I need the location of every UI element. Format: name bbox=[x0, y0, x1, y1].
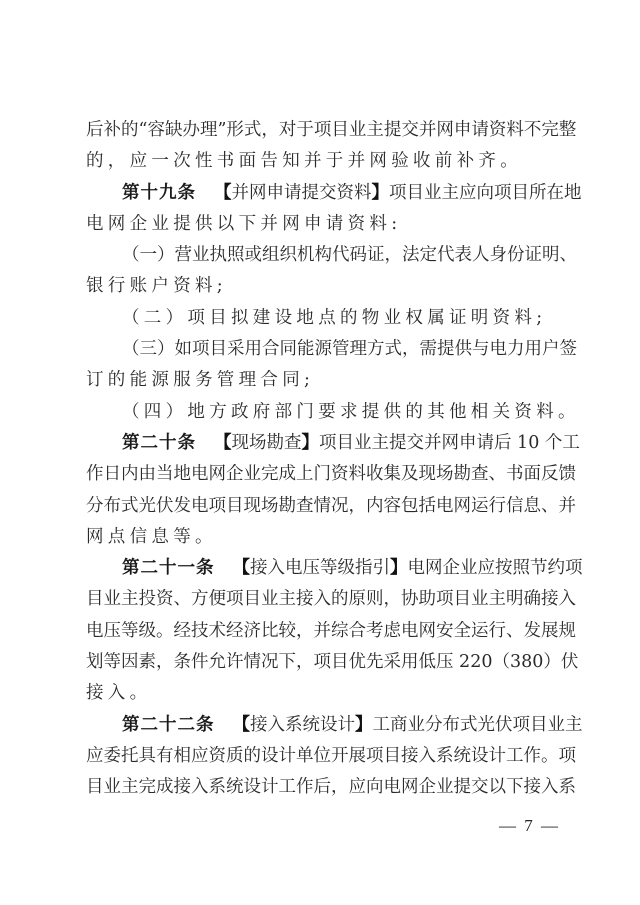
article-19-line: 第十九条【并网申请提交资料】项目业主应向项目所在地 bbox=[86, 178, 558, 209]
bracket-close: 】 bbox=[390, 558, 408, 578]
article-19-title: 第十九条 bbox=[122, 183, 196, 203]
list-item-1: （一）营业执照或组织机构代码证，法定代表人身份证明、 bbox=[86, 240, 558, 271]
text-line: 目业主完成接入系统设计工作后，应向电网企业提交以下接入系 bbox=[86, 772, 558, 803]
article-22-title: 第二十二条 bbox=[122, 715, 215, 735]
document-body: 后补的“容缺办理”形式，对于项目业主提交并网申请资料不完整 的，应一次性书面告知… bbox=[86, 115, 558, 804]
article-19-text: 项目业主应向项目所在地 bbox=[389, 183, 582, 203]
article-20-line: 第二十条【现场勘查】项目业主提交并网申请后 10 个工 bbox=[86, 428, 558, 459]
text-line: 应委托具有相应资质的设计单位开展项目接入系统设计工作。项 bbox=[86, 741, 558, 772]
text-line: 订的能源服务管理合同; bbox=[86, 365, 558, 396]
text-line: 电压等级。经技术经济比较，并综合考虑电网安全运行、发展规 bbox=[86, 616, 558, 647]
article-21-heading: 接入电压等级指引 bbox=[250, 558, 390, 578]
article-21-text: 电网企业应按照节约项 bbox=[408, 558, 583, 578]
text-line: 作日内由当地电网企业完成上门资料收集及现场勘查、书面反馈 bbox=[86, 459, 558, 490]
bracket-open: 【 bbox=[233, 715, 251, 735]
text-line: 目业主投资、方便项目业主接入的原则，协助项目业主明确接入 bbox=[86, 584, 558, 615]
list-item-4: （四）地方政府部门要求提供的其他相关资料。 bbox=[86, 397, 558, 428]
article-20-title: 第二十条 bbox=[122, 433, 196, 453]
text-line: 银行账户资料; bbox=[86, 271, 558, 302]
document-page: 后补的“容缺办理”形式，对于项目业主提交并网申请资料不完整 的，应一次性书面告知… bbox=[0, 0, 640, 905]
article-22-heading: 接入系统设计 bbox=[250, 715, 355, 735]
bracket-open: 【 bbox=[214, 433, 232, 453]
text-line: 后补的“容缺办理”形式，对于项目业主提交并网申请资料不完整 bbox=[86, 115, 558, 146]
page-number: — 7 — bbox=[499, 815, 560, 837]
article-22-text: 工商业分布式光伏项目业主 bbox=[373, 715, 583, 735]
article-21-line: 第二十一条【接入电压等级指引】电网企业应按照节约项 bbox=[86, 553, 558, 584]
article-22-line: 第二十二条【接入系统设计】工商业分布式光伏项目业主 bbox=[86, 710, 558, 741]
bracket-close: 】 bbox=[302, 433, 320, 453]
list-item-2: （二）项目拟建设地点的物业权属证明资料; bbox=[86, 303, 558, 334]
bracket-open: 【 bbox=[233, 558, 251, 578]
text-line: 网点信息等。 bbox=[86, 522, 558, 553]
text-line: 分布式光伏发电项目现场勘查情况，内容包括电网运行信息、并 bbox=[86, 491, 558, 522]
text-line: 接入。 bbox=[86, 678, 558, 709]
text-line: 划等因素，条件允许情况下，项目优先采用低压 220（380）伏 bbox=[86, 647, 558, 678]
text-line: 电网企业提供以下并网申请资料: bbox=[86, 209, 558, 240]
article-20-heading: 现场勘查 bbox=[232, 433, 302, 453]
bracket-close: 】 bbox=[372, 183, 390, 203]
list-item-3: （三）如项目采用合同能源管理方式，需提供与电力用户签 bbox=[86, 334, 558, 365]
article-21-title: 第二十一条 bbox=[122, 558, 215, 578]
article-20-text: 项目业主提交并网申请后 10 个工 bbox=[319, 433, 580, 453]
bracket-close: 】 bbox=[355, 715, 373, 735]
text-line: 的，应一次性书面告知并于并网验收前补齐。 bbox=[86, 146, 558, 177]
bracket-open: 【 bbox=[214, 183, 232, 203]
article-19-heading: 并网申请提交资料 bbox=[232, 183, 372, 203]
